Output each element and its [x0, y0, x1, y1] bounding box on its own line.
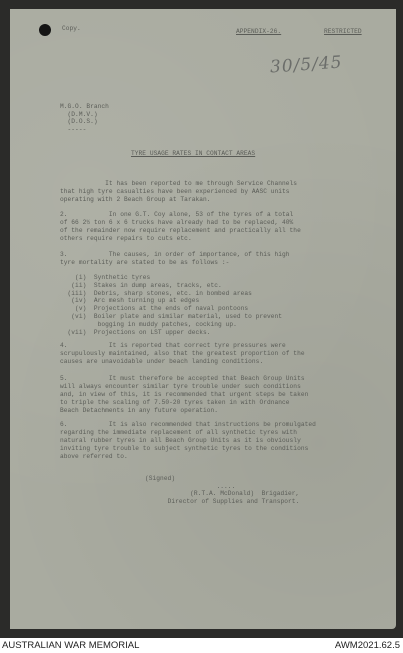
- institution-name: AUSTRALIAN WAR MEMORIAL: [2, 640, 139, 651]
- signature-line: (R.T.A. McDonald) Brigadier,: [145, 490, 299, 497]
- cause-list-item: (ii) Stakes in dump areas, tracks, etc.: [60, 282, 222, 289]
- addressee-line: -----: [60, 126, 86, 133]
- paragraph-2-line: 2. In one G.T. Coy alone, 53 of the tyre…: [60, 211, 293, 218]
- cause-list-item: (vi) Boiler plate and similar material, …: [60, 313, 282, 320]
- paragraph-2-line: others require repairs to cuts etc.: [60, 235, 192, 242]
- paragraph-5-line: 5. It must therefore be accepted that Be…: [60, 375, 305, 382]
- paragraph-4-line: scrupulously maintained, also that the g…: [60, 350, 305, 357]
- paragraph-3-line: tyre mortality are stated to be as follo…: [60, 259, 229, 266]
- footer: AUSTRALIAN WAR MEMORIAL AWM2021.62.5: [0, 638, 403, 653]
- accession-number: AWM2021.62.5: [335, 640, 400, 651]
- addressee-line: (D.M.V.): [60, 111, 98, 118]
- paragraph-5-line: to triple the scaling of 7.50-20 tyres t…: [60, 399, 290, 406]
- paragraph-2-line: of the remainder now require replacement…: [60, 227, 301, 234]
- paragraph-4-line: causes are unavoidable under beach landi…: [60, 358, 263, 365]
- paragraph-1-line: It has been reported to me through Servi…: [60, 180, 297, 187]
- cause-list-item: (v) Projections at the ends of naval pon…: [60, 305, 248, 312]
- paragraph-6-line: 6. It is also recommended that instructi…: [60, 421, 316, 428]
- document-title: TYRE USAGE RATES IN CONTACT AREAS: [131, 150, 255, 157]
- cause-list-item: bogging in muddy patches, cocking up.: [60, 321, 237, 328]
- paragraph-5-line: and, in view of this, it is recommended …: [60, 391, 308, 398]
- paragraph-5-line: will always encounter similar tyre troub…: [60, 383, 301, 390]
- cause-list-item: (i) Synthetic tyres: [60, 274, 150, 281]
- paragraph-6-line: above referred to.: [60, 453, 128, 460]
- appendix-label: APPENDIX-26.: [236, 28, 281, 35]
- paragraph-4-line: 4. It is reported that correct tyre pres…: [60, 342, 286, 349]
- paragraph-1-line: operating with 2 Beach Group at Tarakan.: [60, 196, 211, 203]
- signature-line: (Signed): [145, 475, 175, 482]
- copy-label: Copy.: [62, 25, 81, 32]
- paragraph-1-line: that high tyre casualties have been expe…: [60, 188, 290, 195]
- cause-list-item: (iii) Debris, sharp stones, etc. in bomb…: [60, 290, 252, 297]
- signature-line: .....: [145, 483, 235, 490]
- signature-line: Director of Supplies and Transport.: [145, 498, 299, 505]
- punch-hole: [39, 24, 51, 36]
- paragraph-6-line: regarding the immediate replacement of a…: [60, 429, 297, 436]
- paragraph-5-line: Beach Detachments in any future operatio…: [60, 407, 218, 414]
- paragraph-6-line: natural rubber tyres in all Beach Group …: [60, 437, 301, 444]
- paragraph-2-line: of 66 2½ ton 6 x 6 trucks have already h…: [60, 219, 293, 226]
- cause-list-item: (vii) Projections on LST upper decks.: [60, 329, 211, 336]
- paragraph-6-line: inviting tyre trouble to subject synthet…: [60, 445, 308, 452]
- addressee-line: M.G.O. Branch: [60, 103, 109, 110]
- cause-list-item: (iv) Arc mesh turning up at edges: [60, 297, 199, 304]
- classification-label: RESTRICTED: [324, 28, 362, 35]
- addressee-line: (D.O.S.): [60, 118, 98, 125]
- paragraph-3-line: 3. The causes, in order of importance, o…: [60, 251, 290, 258]
